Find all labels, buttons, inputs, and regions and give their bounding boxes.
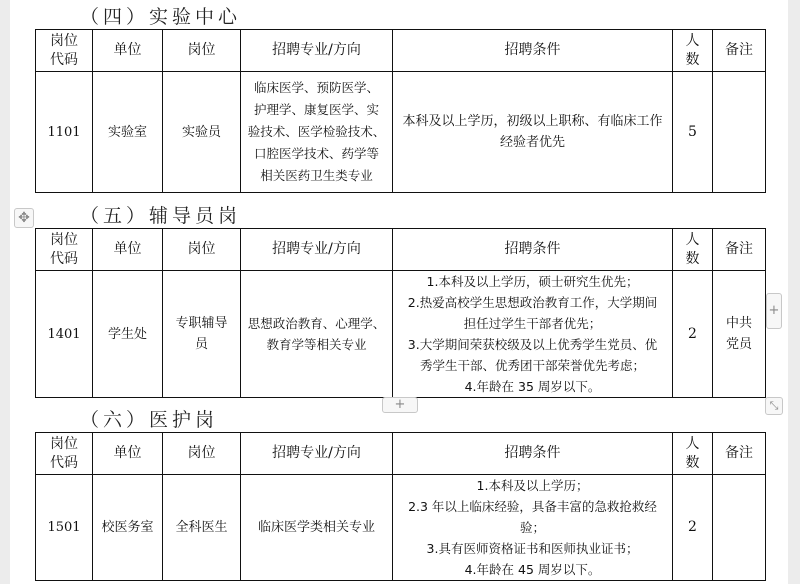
cell-conditions: 本科及以上学历，初级以上职称、有临床工作经验者优先 — [393, 72, 673, 193]
section-title-lab-center: （四）实验中心 — [80, 2, 241, 29]
cell-conditions: 1.本科及以上学历，硕士研究生优先；2.热爱高校学生思想政治教育工作，大学期间担… — [393, 271, 673, 398]
header-unit: 单位 — [93, 30, 163, 72]
cell-code: 1101 — [36, 72, 93, 193]
header-count: 人数 — [673, 229, 713, 271]
table-move-handle-icon[interactable]: ✥ — [14, 208, 34, 228]
header-conditions: 招聘条件 — [393, 30, 673, 72]
header-conditions: 招聘条件 — [393, 433, 673, 475]
header-code: 岗位代码 — [36, 30, 93, 72]
header-major: 招聘专业/方向 — [241, 229, 393, 271]
header-conditions: 招聘条件 — [393, 229, 673, 271]
header-position: 岗位 — [163, 30, 241, 72]
table-row: 1401 学生处 专职辅导员 思想政治教育、心理学、教育学等相关专业 1.本科及… — [36, 271, 766, 398]
cell-code: 1401 — [36, 271, 93, 398]
header-code: 岗位代码 — [36, 229, 93, 271]
left-margin — [0, 0, 10, 584]
table-row: 1501 校医务室 全科医生 临床医学类相关专业 1.本科及以上学历；2.3 年… — [36, 475, 766, 581]
table-row: 1101 实验室 实验员 临床医学、预防医学、护理学、康复医学、实验技术、医学检… — [36, 72, 766, 193]
table-counselor: 岗位代码 单位 岗位 招聘专业/方向 招聘条件 人数 备注 1401 学生处 专… — [35, 228, 766, 398]
table-lab-center: 岗位代码 单位 岗位 招聘专业/方向 招聘条件 人数 备注 1101 实验室 实… — [35, 29, 766, 193]
cell-unit: 学生处 — [93, 271, 163, 398]
cell-position: 专职辅导员 — [163, 271, 241, 398]
add-row-button[interactable]: + — [382, 397, 418, 413]
table-medical: 岗位代码 单位 岗位 招聘专业/方向 招聘条件 人数 备注 1501 校医务室 … — [35, 432, 766, 581]
vertical-scrollbar[interactable] — [788, 0, 800, 584]
cell-unit: 实验室 — [93, 72, 163, 193]
header-unit: 单位 — [93, 229, 163, 271]
cell-unit: 校医务室 — [93, 475, 163, 581]
header-remark: 备注 — [713, 30, 766, 72]
cell-count: 2 — [673, 271, 713, 398]
header-count: 人数 — [673, 30, 713, 72]
cell-major: 临床医学类相关专业 — [241, 475, 393, 581]
cell-major: 思想政治教育、心理学、教育学等相关专业 — [241, 271, 393, 398]
add-column-button[interactable]: + — [766, 293, 782, 329]
table-header-row: 岗位代码 单位 岗位 招聘专业/方向 招聘条件 人数 备注 — [36, 433, 766, 475]
header-major: 招聘专业/方向 — [241, 433, 393, 475]
cell-position: 全科医生 — [163, 475, 241, 581]
header-position: 岗位 — [163, 433, 241, 475]
cell-remark — [713, 72, 766, 193]
section-title-counselor: （五）辅导员岗 — [80, 201, 241, 228]
table-header-row: 岗位代码 单位 岗位 招聘专业/方向 招聘条件 人数 备注 — [36, 30, 766, 72]
cell-code: 1501 — [36, 475, 93, 581]
cell-count: 2 — [673, 475, 713, 581]
cell-major: 临床医学、预防医学、护理学、康复医学、实验技术、医学检验技术、口腔医学技术、药学… — [241, 72, 393, 193]
header-remark: 备注 — [713, 229, 766, 271]
header-remark: 备注 — [713, 433, 766, 475]
header-unit: 单位 — [93, 433, 163, 475]
header-major: 招聘专业/方向 — [241, 30, 393, 72]
cell-conditions: 1.本科及以上学历；2.3 年以上临床经验，具备丰富的急救抢救经验；3.具有医师… — [393, 475, 673, 581]
header-count: 人数 — [673, 433, 713, 475]
header-position: 岗位 — [163, 229, 241, 271]
cell-count: 5 — [673, 72, 713, 193]
cell-position: 实验员 — [163, 72, 241, 193]
section-title-medical: （六）医护岗 — [80, 405, 218, 432]
table-resize-handle-icon[interactable]: ⤡ — [765, 397, 783, 415]
cell-remark: 中共党员 — [713, 271, 766, 398]
header-code: 岗位代码 — [36, 433, 93, 475]
cell-remark — [713, 475, 766, 581]
table-header-row: 岗位代码 单位 岗位 招聘专业/方向 招聘条件 人数 备注 — [36, 229, 766, 271]
